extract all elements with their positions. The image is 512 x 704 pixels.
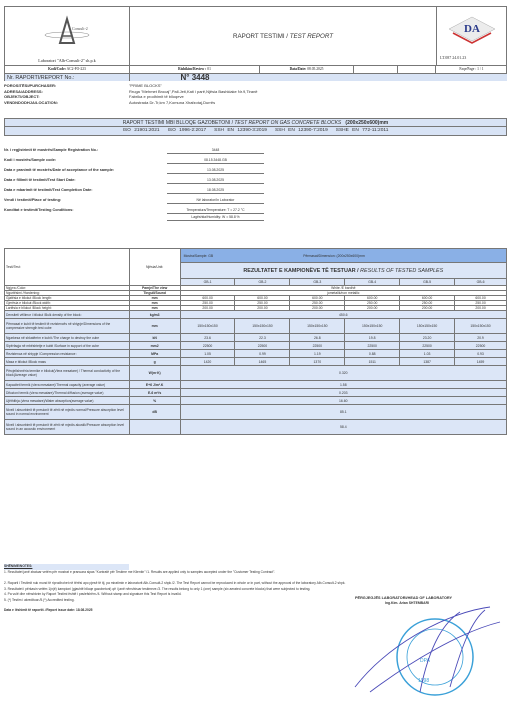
issue-date: 18.08.2025 [76,608,93,612]
sample-value: 1465 [235,358,290,366]
sample-value: 1.05 [180,350,235,358]
sample-value: 0.99 [235,350,290,358]
results-row: Kapaciteti termik (vlera mesatare)/Therm… [5,381,507,389]
sample-id: GB-3 [290,279,345,286]
results-row: Përmasat e kubit të testimit të rezisten… [5,319,507,334]
meta-value: 08.15.3448.GB [167,158,264,164]
meta-key: Data e pranimit të mostrës/Date of accep… [4,168,114,172]
lab-name: Laboratori "Alb-Consult-2" sh.p.k [5,56,130,65]
meta-row: Kodi i mostrës/Sample code:08.15.3448.GB [4,156,264,166]
da-logo-cell: DA LT.087 24.01.23 [436,7,507,65]
results-title: REZULTATET E KAMPIONËVE TË TESTUAR / RES… [180,263,506,279]
meta-row: Data e fillimit të testimit/Test Start D… [4,176,264,186]
sample-value: 1370 [290,358,345,366]
results-row: Difuzioni termik (vlera mesatare)/Therma… [5,389,507,397]
test-name: Densiteti vëllimor i bllokut /Bulk densi… [5,311,130,319]
sample-id: GB-5 [400,279,455,286]
sample-value: 150x150x150 [180,319,235,334]
results-row: Përcjellshmëria termike e bllokut(Vlera … [5,366,507,381]
meta-value: Lagështia/Humidity: W = 58.8 % [167,215,264,221]
meta-value: Në laborator/In Laborator [167,198,264,204]
info-row: VENDNDODHJA/LOCATION:Autostrada Dr-Tr,km… [4,100,508,106]
svg-text:LT.087 24.01.23: LT.087 24.01.23 [440,55,466,60]
test-unit: W(m·K) [129,366,180,381]
sample-value: 20.9 [455,334,507,342]
test-unit: E+6 J/m³.K [129,381,180,389]
sample-value: 1.19 [290,350,345,358]
sample-value: 150x150x150 [235,319,290,334]
code-cell: Kodi/Code: AC2-FO-223 [5,66,130,73]
svg-text:Consult-2: Consult-2 [72,26,88,31]
meta-key: Vendi i testimit/Place of testing: [4,198,61,202]
report-subject-banner: RAPORT TESTIMI MBI BLLOQE GAZOBETONI / T… [4,118,507,127]
sample-id: GB-4 [345,279,400,286]
standard: SSHE EN 772-11:2011 [336,128,389,133]
stamp-signature: DPA 1998 [350,602,510,702]
report-header: Consult-2 RAPORT TESTIMI / TEST REPORT D… [4,6,507,81]
test-unit: kg/m3 [129,311,180,319]
report-number: N° 3448 [130,73,260,82]
sample-value: 22500 [290,342,345,350]
dimension-label: Përmasat/Dimension: (200x250x600)mm [303,254,365,258]
date-cell: Data/Date: 08.05.2025 [260,66,354,73]
sample-label: Mostra/Sample: GB [184,254,214,258]
sample-value: 150x150x150 [290,319,345,334]
svg-text:1998: 1998 [418,678,429,684]
meta-key: Kodi i mostrës/Sample code: [4,158,56,162]
merged-value: 58.4 [180,420,506,435]
results-row: Ngarkesa në shkatërrim e kubit /The char… [5,334,507,342]
meta-row: Lagështia/Humidity: W = 58.8 % [4,216,264,222]
svg-text:DA: DA [464,23,480,35]
test-name: Kapaciteti termik (vlera mesatare)/Therm… [5,381,130,389]
sample-value: 1511 [345,358,400,366]
standard: SSH EN 12390-3:2019 [214,128,267,133]
meta-value: 18.08.2025 [167,188,264,194]
meta-key: Konditat e testimit/Testing Conditions: [4,208,74,212]
test-name: Niveli i absorbimit të presionit të zëri… [5,405,130,420]
meta-row: Data e pranimit të mostrës/Date of accep… [4,166,264,176]
meta-value: 13.08.2025 [167,168,264,174]
sample-value: 22500 [455,342,507,350]
document-control-row: Kodi/Code: AC2-FO-223 Rishikim/Review : … [5,65,507,73]
da-accreditation-logo: DA LT.087 24.01.23 [437,7,508,65]
test-unit: dB [129,405,180,420]
results-row: Niveli i absorbimit të presionit të zëri… [5,405,507,420]
results-row: Rezistenca në shtypje /Compression resis… [5,350,507,358]
info-key: VENDNDODHJA/LOCATION: [4,100,129,106]
report-number-label: Nr. RAPORTI/REPORT No.: [5,74,130,81]
sample-value: 150x150x150 [400,319,455,334]
test-name: Përcjellshmëria termike e bllokut(Vlera … [5,366,130,381]
meta-key: Data e mbarimit të testimit/Test Complet… [4,188,93,192]
test-unit: kN [129,334,180,342]
sample-id: GB-1 [180,279,235,286]
test-unit: E-6 m²/s [129,389,180,397]
sample-value: 150x150x150 [455,319,507,334]
unit-label: Njësia/Unit: [129,249,180,286]
standards-banner: ISO 21901:2021ISO 1996-2:2017SSH EN 1239… [4,127,507,136]
report-title: RAPORT TESTIMI / TEST REPORT [130,7,436,65]
meta-row: Vendi i testimit/Place of testing:Në lab… [4,196,264,206]
sample-value: 19.8 [345,334,400,342]
merged-value: 450.6 [180,311,506,319]
sample-id: GB-2 [235,279,290,286]
sample-value: 1387 [400,358,455,366]
meta-key: Data e fillimit të testimit/Test Start D… [4,178,75,182]
review-cell: Rishikim/Review : 01 [130,66,260,73]
sample-value: 22.3 [235,334,290,342]
merged-value: 0.320 [180,366,506,381]
meta-row: Nr. i regjistrimit të mostrës/Sample Reg… [4,146,264,156]
test-name: Përmasat e kubit të testimit të rezisten… [5,319,130,334]
report-number-row: Nr. RAPORTI/REPORT No.: N° 3448 [5,73,507,81]
test-name: Rezistenca në shtypje /Compression resis… [5,350,130,358]
sample-value: 22500 [400,342,455,350]
standard: SSH EN 12390-7:2019 [275,128,328,133]
meta-key: Nr. i regjistrimit të mostrës/Sample Reg… [4,148,98,152]
client-info: POROSITËSI/PURCHASER:"PRIME BLOCKS"ADRES… [4,83,508,105]
test-label: Testi/Test: [5,249,130,286]
test-name: Ujëthithja (vlera mesatare)/Water absorp… [5,397,130,405]
issue-date-label: Data e lëshimit të raportit. /Report iss… [4,608,76,612]
results-row: Sipërfaqja në mbështetje e kubit /Surfac… [5,342,507,350]
meta-row: Data e mbarimit të testimit/Test Complet… [4,186,264,196]
sample-value: 0.93 [455,350,507,358]
results-table: Testi/Test:Njësia/Unit:Mostra/Sample: GB… [4,248,507,435]
test-unit: mm2 [129,342,180,350]
sample-id: GB-6 [455,279,507,286]
sample-value: 0.88 [345,350,400,358]
test-name: Niveli i absorbimit të presionit të zëri… [5,420,130,435]
note-item: 1. Rezultatet janë zbatuar vetëm për mos… [4,570,508,576]
results-header-row: Testi/Test:Njësia/Unit:Mostra/Sample: GB… [5,249,507,263]
merged-value: 85.1 [180,405,506,420]
merged-value: 1.58 [180,381,506,389]
meta-value: Temperatura/Temperature: T = 27.2 °C [167,208,264,214]
sample-value: 22500 [180,342,235,350]
sample-value: 1420 [180,358,235,366]
test-unit: MPa [129,350,180,358]
test-name: Ngarkesa në shkatërrim e kubit /The char… [5,334,130,342]
sample-value: 1459 [455,358,507,366]
sample-value: 23.6 [180,334,235,342]
results-row: Densiteti vëllimor i bllokut /Bulk densi… [5,311,507,319]
results-row: Ujëthithja (vlera mesatare)/Water absorp… [5,397,507,405]
test-name: Sipërfaqja në mbështetje e kubit /Surfac… [5,342,130,350]
standard: ISO 21901:2021 [123,128,160,133]
info-value: Autostrada Dr-Tr,km 7,Komuna Xhafzotaj,D… [129,100,215,106]
sample-value: 22500 [235,342,290,350]
test-name: Difuzioni termik (vlera mesatare)/Therma… [5,389,130,397]
merged-value: 16.60 [180,397,506,405]
test-unit: g [129,358,180,366]
sample-dimension-header: Mostra/Sample: GBPërmasat/Dimension: (20… [180,249,506,263]
sample-value: 22500 [345,342,400,350]
test-unit: % [129,397,180,405]
sample-value: 23.20 [400,334,455,342]
test-name: Masa e bllokut /Block mass [5,358,130,366]
test-unit: mm [129,319,180,334]
sample-value: 150x150x150 [345,319,400,334]
sample-value: 26.8 [290,334,345,342]
meta-value: 3448 [167,148,264,154]
meta-value: 13.08.2025 [167,178,264,184]
results-row: Niveli i absorbimit të presionit të zëri… [5,420,507,435]
page-cell: Faqe/Page : 1 / 1 [436,66,507,73]
test-unit [129,420,180,435]
sample-meta: Nr. i regjistrimit të mostrës/Sample Reg… [4,146,264,222]
results-row: Masa e bllokut /Block massg1420146513701… [5,358,507,366]
standard: ISO 1996-2:2017 [168,128,207,133]
signature-title: PËRGJEGJËS LABORATORI/HEAD OF LABORATORY [355,596,452,600]
sample-value: 1.03 [400,350,455,358]
lab-logo: Consult-2 [5,7,130,56]
merged-value: 0.203 [180,389,506,397]
